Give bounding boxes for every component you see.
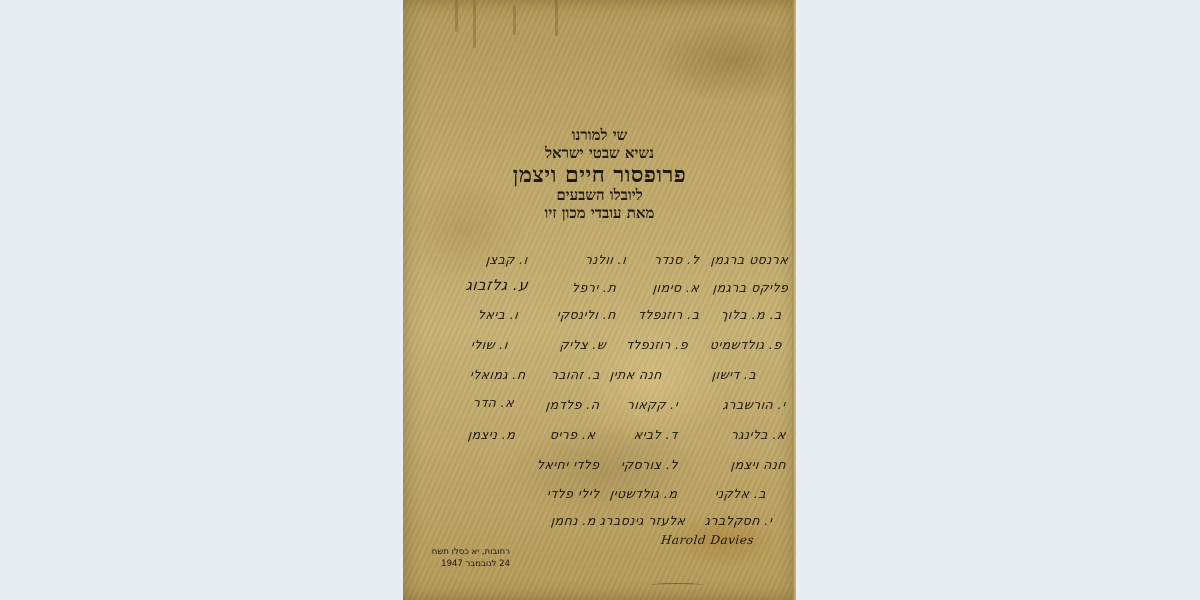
signature: ארנסט ברגמן <box>710 252 789 267</box>
signature: מ. ניצמן <box>468 427 517 442</box>
signature: פלדי יחיאל <box>536 457 600 472</box>
signature: ו. ביאל <box>477 307 519 322</box>
signature: א. הדר <box>472 395 515 410</box>
signature: ח. גמואלי <box>469 367 526 382</box>
signature: ו. שולי <box>470 337 509 352</box>
signature: י. הורשברג <box>723 397 787 412</box>
parchment-document: שי למורנו נשיא שבטי ישראל פרופסור חיים ו… <box>403 0 796 600</box>
signature: ל. צורסקי <box>620 457 679 472</box>
date-note-date: 24 לנובמבר 1947 <box>405 558 510 570</box>
signature: ח. ולינסקי <box>556 307 617 322</box>
signature: ב. מ. בלוך <box>720 307 783 322</box>
page-background: שי למורנו נשיא שבטי ישראל פרופסור חיים ו… <box>0 0 1200 600</box>
signature: פ. גולדשמיט <box>709 337 783 352</box>
signature: ע. גלזבוג <box>465 276 529 294</box>
signature: חנה אתין <box>609 367 663 382</box>
signature: א. בלינגר <box>730 427 787 442</box>
signature: חנה ויצמן <box>730 457 787 472</box>
signature: ה. פלדמן <box>545 397 600 412</box>
signature-latin: Harold Davies <box>660 533 755 547</box>
pencil-mark <box>651 583 703 587</box>
signature: ב. רוזנפלד <box>638 307 701 322</box>
signature: א. פריס <box>550 427 597 442</box>
signature: מ. גולדשטין <box>610 486 679 501</box>
signature: ב. דישון <box>711 367 757 382</box>
signature: ש. צליק <box>559 337 607 352</box>
date-note: רחובות, יא כסלו תשח 24 לנובמבר 1947 <box>405 546 510 571</box>
signature: ו. קבצן <box>485 252 528 267</box>
signature: ב. זהובר <box>550 367 601 382</box>
signature-block: ארנסט ברגמן ל. סנדר ו. וולנר ו. קבצן פלי… <box>403 0 796 600</box>
signature: ל. סנדר <box>654 252 701 267</box>
signature: י. חסקלברג <box>704 513 773 528</box>
signature: אלעזר גינסברג <box>600 513 687 528</box>
signature: לילי פלדי <box>546 486 600 501</box>
signature: ד. לביא <box>633 427 678 442</box>
signature: י. קקאור <box>626 397 679 412</box>
signature: ו. וולנר <box>584 252 627 267</box>
signature: פ. רוזנפלד <box>625 337 689 352</box>
signature: ב. אלקני <box>714 486 767 501</box>
signature: פליקס ברגמן <box>712 280 789 295</box>
signature: א. סימון <box>653 280 701 295</box>
date-note-place: רחובות, יא כסלו תשח <box>405 546 510 558</box>
signature: מ. נחמן <box>550 513 597 528</box>
signature: ת. ירפל <box>571 280 617 295</box>
